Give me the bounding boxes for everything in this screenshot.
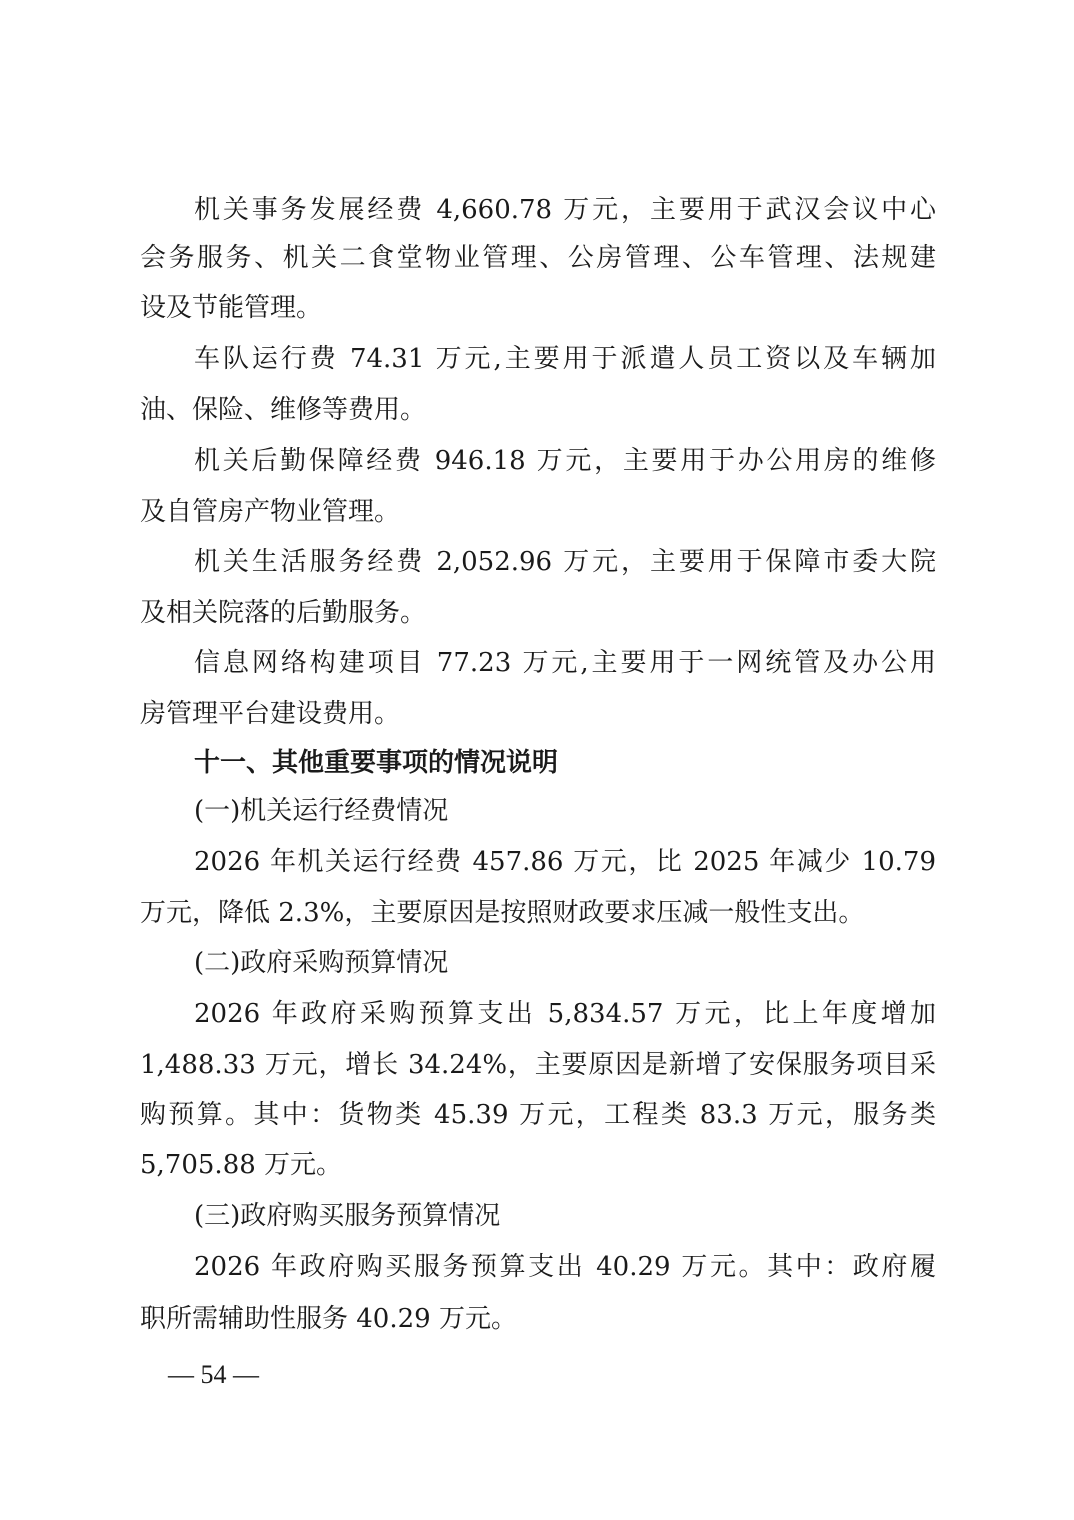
paragraph-office-affairs-line-1: 机关事务发展经费 4,660.78 万元，主要用于武汉会议中心 <box>194 193 936 227</box>
subsection-purchased-services-line-1: 2026 年政府购买服务预算支出 40.29 万元。其中：政府履 <box>194 1250 936 1284</box>
paragraph-logistics-line-2: 及自管房产物业管理。 <box>140 495 936 529</box>
paragraph-fleet-line-2: 油、保险、维修等费用。 <box>140 393 936 427</box>
subsection-procurement-line-2: 1,488.33 万元，增长 34.24%，主要原因是新增了安保服务项目采 <box>140 1048 936 1082</box>
page-number: — 54 — <box>168 1358 259 1392</box>
subsection-procurement-line-1: 2026 年政府采购预算支出 5,834.57 万元，比上年度增加 <box>194 997 936 1031</box>
subsection-title-operating-costs: (一)机关运行经费情况 <box>194 794 936 828</box>
paragraph-office-affairs-line-3: 设及节能管理。 <box>140 291 936 325</box>
subsection-operating-costs-line-1: 2026 年机关运行经费 457.86 万元，比 2025 年减少 10.79 <box>194 845 936 879</box>
subsection-procurement-line-3: 购预算。其中：货物类 45.39 万元，工程类 83.3 万元，服务类 <box>140 1098 936 1132</box>
subsection-title-purchased-services: (三)政府购买服务预算情况 <box>194 1199 936 1233</box>
paragraph-fleet-line-1: 车队运行费 74.31 万元,主要用于派遣人员工资以及车辆加 <box>194 342 936 376</box>
subsection-purchased-services-line-2: 职所需辅助性服务 40.29 万元。 <box>140 1302 936 1336</box>
paragraph-living-services-line-1: 机关生活服务经费 2,052.96 万元，主要用于保障市委大院 <box>194 545 936 579</box>
paragraph-office-affairs-line-2: 会务服务、机关二食堂物业管理、公房管理、公车管理、法规建 <box>140 241 936 275</box>
subsection-title-procurement: (二)政府采购预算情况 <box>194 946 936 980</box>
subsection-operating-costs-line-2: 万元，降低 2.3%，主要原因是按照财政要求压减一般性支出。 <box>140 896 936 930</box>
subsection-procurement-line-4: 5,705.88 万元。 <box>140 1148 936 1182</box>
section-heading: 十一、其他重要事项的情况说明 <box>194 746 936 780</box>
paragraph-living-services-line-2: 及相关院落的后勤服务。 <box>140 596 936 630</box>
paragraph-logistics-line-1: 机关后勤保障经费 946.18 万元，主要用于办公用房的维修 <box>194 444 936 478</box>
paragraph-it-network-line-2: 房管理平台建设费用。 <box>140 697 936 731</box>
paragraph-it-network-line-1: 信息网络构建项目 77.23 万元,主要用于一网统管及办公用 <box>194 646 936 680</box>
